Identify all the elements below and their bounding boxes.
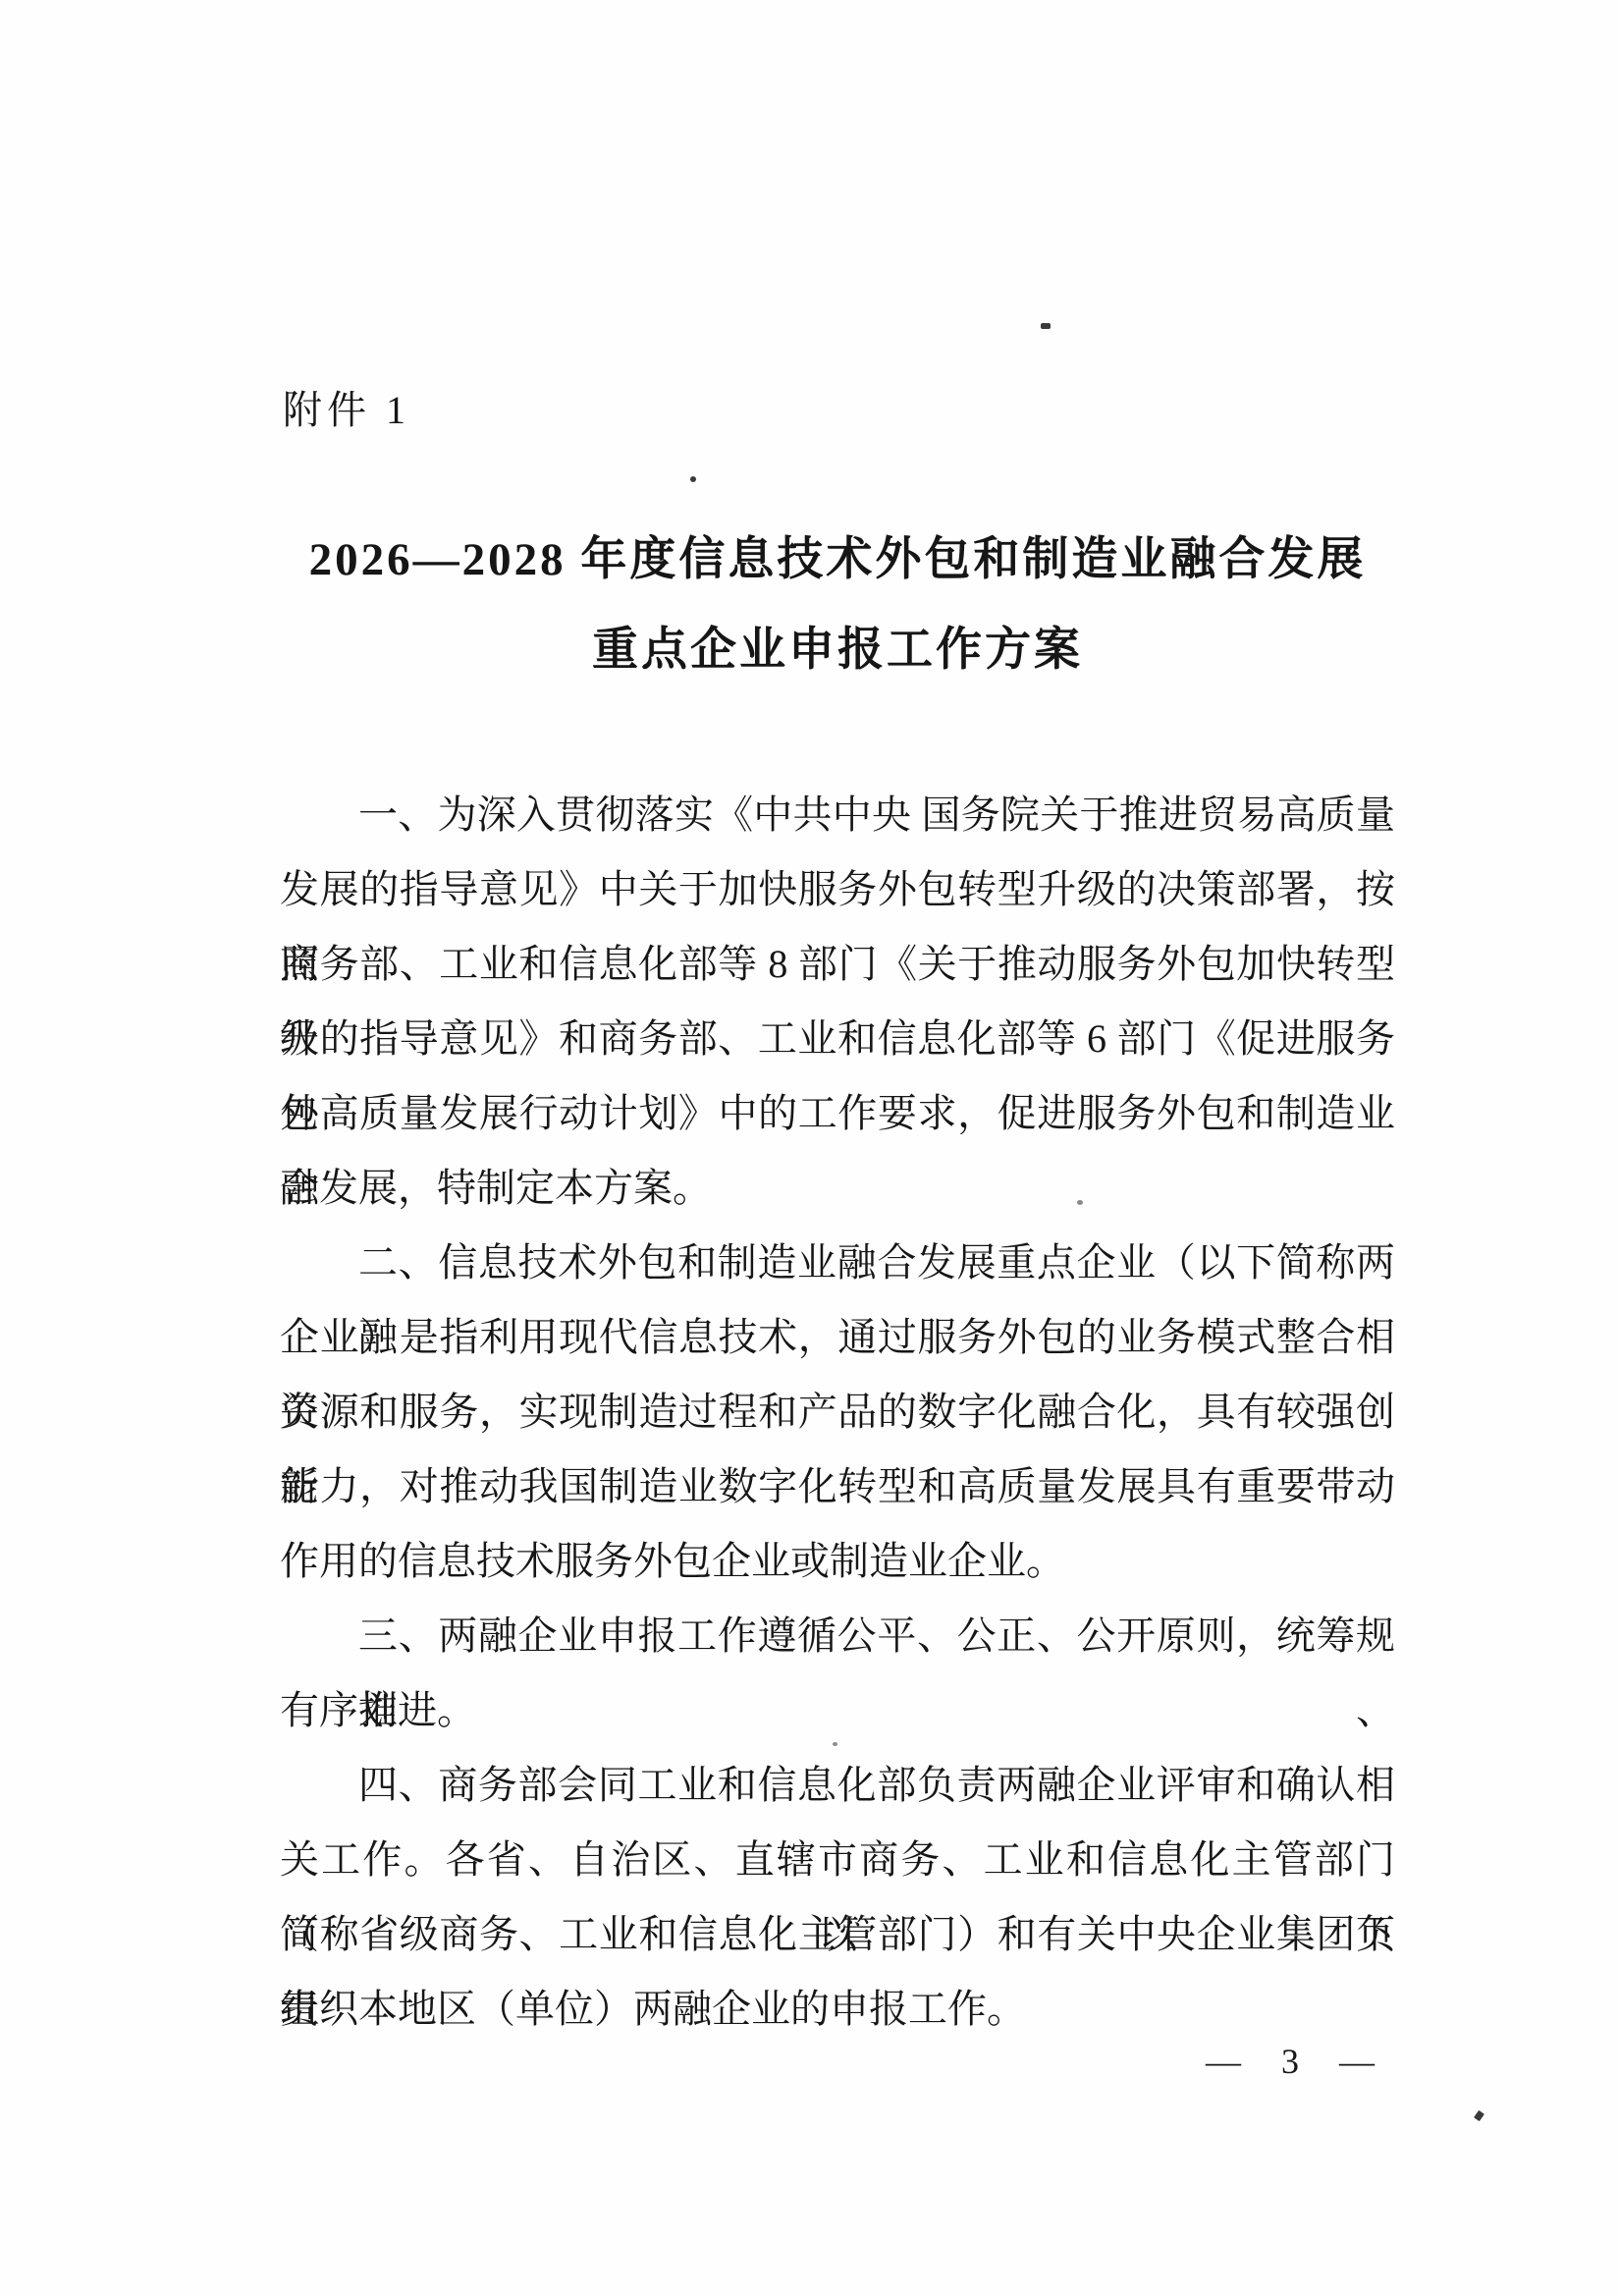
body-line: 二、信息技术外包和制造业融合发展重点企业（以下简称两融 <box>280 1226 1395 1300</box>
attachment-label: 附件 1 <box>283 385 410 436</box>
document-body: 一、为深入贯彻落实《中共中央 国务院关于推进贸易高质量 发展的指导意见》中关于加… <box>280 778 1395 2047</box>
body-line: 能力，对推动我国制造业数字化转型和高质量发展具有重要带动 <box>280 1449 1395 1524</box>
scan-speck <box>1041 323 1051 329</box>
scan-speck <box>690 476 696 482</box>
body-line: 一、为深入贯彻落实《中共中央 国务院关于推进贸易高质量 <box>280 778 1395 852</box>
document-title-line2: 重点企业申报工作方案 <box>280 605 1395 695</box>
body-line: 三、两融企业申报工作遵循公平、公正、公开原则，统筹规划、 <box>280 1599 1395 1673</box>
scan-speck <box>1474 2110 1484 2121</box>
body-line: 四、商务部会同工业和信息化部负责两融企业评审和确认相 <box>280 1748 1395 1823</box>
document-title: 2026—2028 年度信息技术外包和制造业融合发展 重点企业申报工作方案 <box>280 515 1395 695</box>
body-line: 级的指导意见》和商务部、工业和信息化部等 6 部门《促进服务外 <box>280 1002 1395 1076</box>
body-line: 合发展，特制定本方案。 <box>280 1151 1395 1226</box>
scan-speck <box>833 1742 837 1746</box>
body-line: 简称省级商务、工业和信息化主管部门）和有关中央企业集团负责 <box>280 1897 1395 1972</box>
scan-speck <box>1077 1200 1083 1205</box>
document-title-line1: 2026—2028 年度信息技术外包和制造业融合发展 <box>280 515 1395 605</box>
body-line: 发展的指导意见》中关于加快服务外包转型升级的决策部署，按照 <box>280 852 1395 927</box>
body-line: 资源和服务，实现制造过程和产品的数字化融合化，具有较强创新 <box>280 1375 1395 1449</box>
body-line: 商务部、工业和信息化部等 8 部门《关于推动服务外包加快转型升 <box>280 927 1395 1002</box>
body-line: 包高质量发展行动计划》中的工作要求，促进服务外包和制造业融 <box>280 1076 1395 1151</box>
page-number: — 3 — <box>1206 2041 1382 2082</box>
body-line: 作用的信息技术服务外包企业或制造业企业。 <box>280 1524 1395 1599</box>
body-line: 关工作。各省、自治区、直辖市商务、工业和信息化主管部门（以下 <box>280 1823 1395 1897</box>
body-line: 企业）是指利用现代信息技术，通过服务外包的业务模式整合相关 <box>280 1300 1395 1375</box>
document-page: 附件 1 2026—2028 年度信息技术外包和制造业融合发展 重点企业申报工作… <box>0 0 1618 2296</box>
body-line: 组织本地区（单位）两融企业的申报工作。 <box>280 1972 1395 2047</box>
